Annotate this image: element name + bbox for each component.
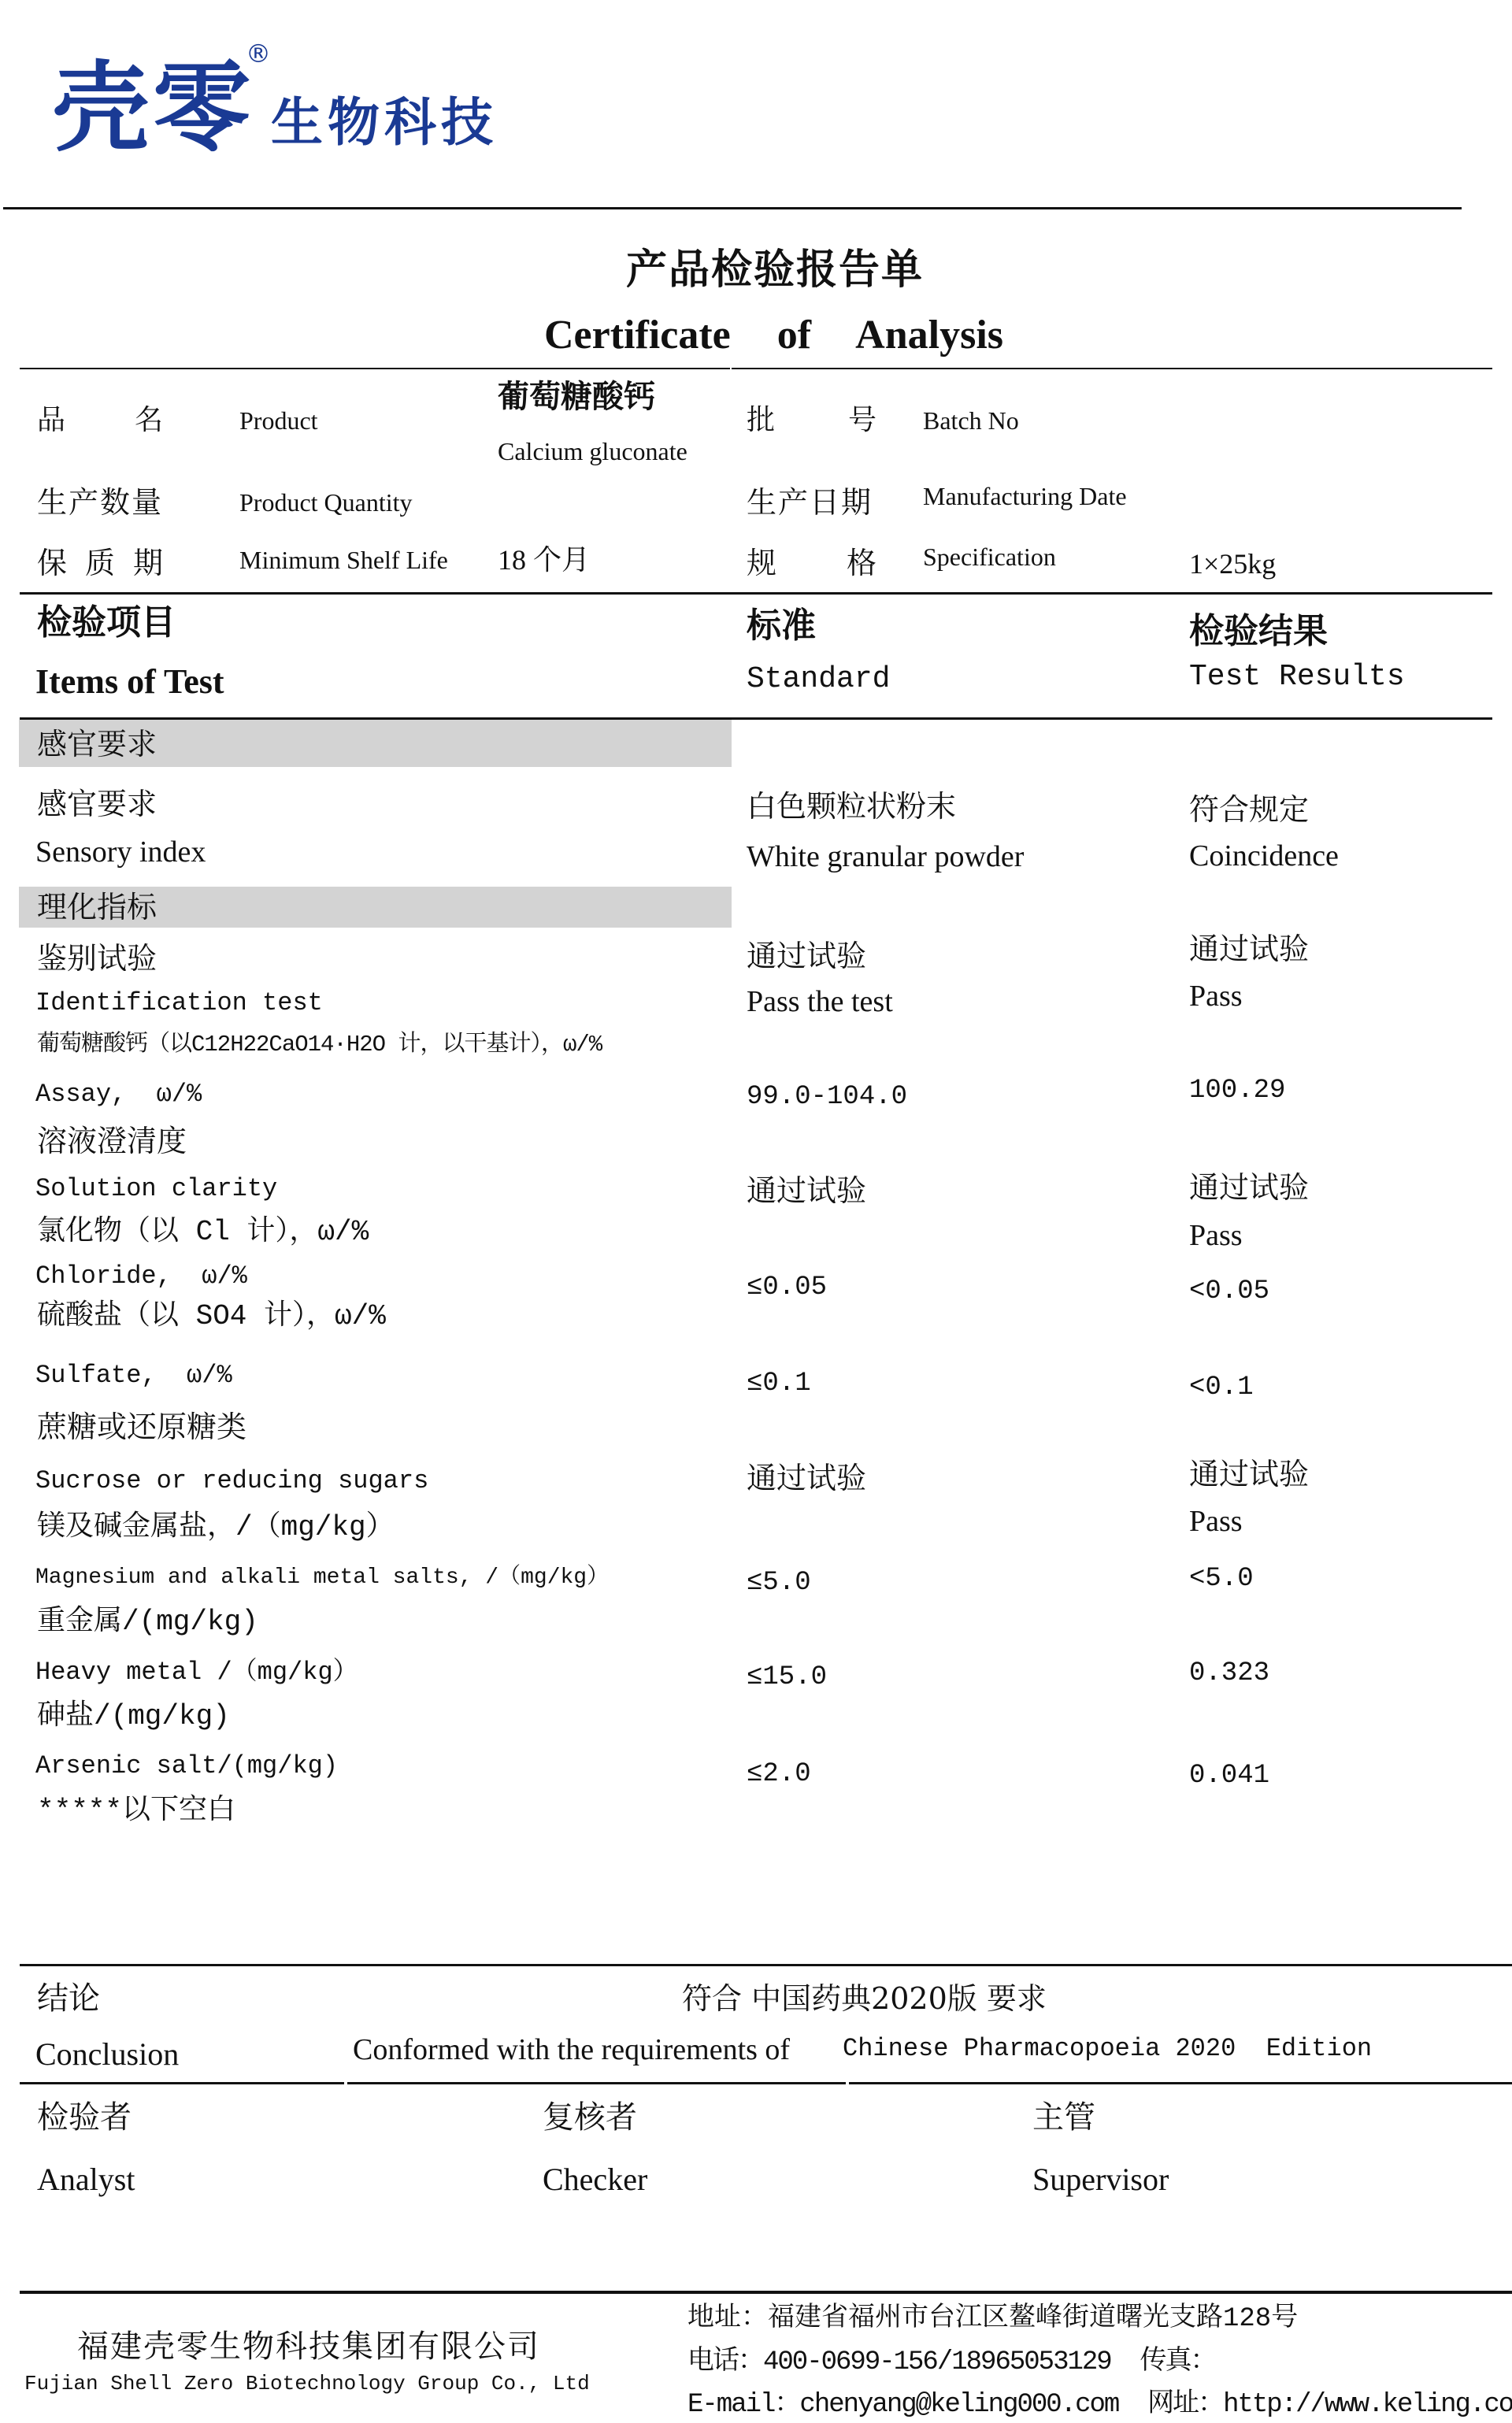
product-info-top-rule — [20, 368, 730, 369]
conclusion-bottom-rule-2 — [347, 2082, 846, 2084]
footer-address: 地址：福建省福州市台江区鳌峰街道曙光支路128号 — [687, 2306, 1298, 2332]
item-zh: 葡萄糖酸钙（以C12H22CaO14·H2O 计，以干基计），ω/% — [37, 1033, 602, 1056]
product-name-value-zh: 葡萄糖酸钙 — [498, 381, 655, 413]
result-value: 100.29 — [1189, 1077, 1285, 1104]
product-name-label-en: Product — [239, 408, 318, 433]
item-en: Sensory index — [35, 837, 206, 867]
conclusion-text-en-suffix: Chinese Pharmacopoeia 2020 Edition — [843, 2036, 1372, 2062]
manufacturing-date-label-en: Manufacturing Date — [923, 483, 1127, 509]
signature-supervisor-zh: 主管 — [1032, 2102, 1095, 2133]
manufacturing-date-label-zh: 生产日期 — [747, 487, 873, 517]
item-en: Chloride, ω/% — [35, 1264, 247, 1289]
section-title-sensory: 感官要求 — [37, 729, 157, 759]
item-zh: 蔗糖或还原糖类 — [37, 1412, 246, 1442]
item-en: Identification test — [35, 991, 323, 1016]
page-title-zh: 产品检验报告单 — [626, 250, 924, 291]
standard-en: White granular powder — [747, 842, 1024, 872]
item-en: Sucrose or reducing sugars — [35, 1469, 428, 1494]
result-en: Pass — [1189, 1221, 1243, 1250]
page-title-en: Certificate of Analysis — [544, 315, 1003, 356]
specification-label-zh: 规 格 — [747, 548, 876, 578]
conclusion-bottom-rule-1 — [20, 2082, 344, 2084]
specification-value: 1×25kg — [1189, 550, 1276, 578]
header-standard-en: Standard — [747, 665, 890, 695]
letterhead-divider — [3, 207, 1462, 209]
shelf-life-label-zh: 保 质 期 — [37, 548, 163, 578]
product-info-bottom-rule — [20, 592, 1492, 595]
standard-zh: 通过试验 — [747, 1176, 866, 1206]
standard-value: ≤0.05 — [747, 1274, 827, 1301]
result-zh: 通过试验 — [1189, 1459, 1309, 1489]
standard-zh: 白色颗粒状粉末 — [747, 791, 956, 821]
header-result-en: Test Results — [1189, 662, 1405, 692]
footer-phone: 电话：400-0699-156/18965053129 传真： — [687, 2349, 1216, 2376]
registered-trademark-icon: ® — [246, 41, 271, 66]
end-of-table-marker: *****以下空白 — [37, 1797, 235, 1825]
product-name-label-zh: 品 名 — [37, 406, 163, 435]
shelf-life-value: 18 个月 — [498, 546, 590, 574]
item-zh: 溶液澄清度 — [37, 1126, 187, 1156]
conclusion-text-en-prefix: Conformed with the requirements of — [353, 2035, 790, 2065]
standard-value: ≤2.0 — [747, 1761, 811, 1788]
item-en: Arsenic salt/(mg/kg) — [35, 1754, 338, 1779]
footer-company-en: Fujian Shell Zero Biotechnology Group Co… — [24, 2373, 590, 2394]
batch-no-label-en: Batch No — [923, 408, 1019, 433]
signature-checker-zh: 复核者 — [543, 2102, 637, 2133]
conclusion-label-zh: 结论 — [37, 1983, 100, 2014]
standard-value: 99.0-104.0 — [747, 1084, 907, 1110]
conclusion-text-zh: 符合 中国药典2020版 要求 — [682, 1984, 1047, 2014]
footer-rule — [20, 2291, 1512, 2294]
standard-zh: 通过试验 — [747, 1463, 866, 1493]
item-en: Sulfate, ω/% — [35, 1363, 232, 1388]
header-item-zh: 检验项目 — [37, 606, 176, 640]
section-title-physicochemical: 理化指标 — [37, 892, 157, 922]
item-zh: 重金属/(mg/kg) — [37, 1608, 258, 1636]
result-zh: 通过试验 — [1189, 1173, 1309, 1202]
item-en: Assay, ω/% — [35, 1082, 202, 1107]
product-name-value-en: Calcium gluconate — [498, 439, 687, 464]
item-zh: 鉴别试验 — [37, 943, 157, 973]
specification-label-en: Specification — [923, 544, 1056, 569]
result-value: 0.323 — [1189, 1660, 1269, 1687]
result-value: <0.05 — [1189, 1278, 1269, 1305]
result-en: Pass — [1189, 981, 1243, 1011]
conclusion-label-en: Conclusion — [35, 2039, 179, 2070]
signature-supervisor-en: Supervisor — [1032, 2164, 1169, 2195]
conclusion-top-rule — [20, 1964, 1512, 1966]
signature-checker-en: Checker — [543, 2164, 647, 2195]
footer-contact: E-mail：chenyang@keling000.com 网址：http://… — [687, 2392, 1512, 2418]
shelf-life-label-en: Minimum Shelf Life — [239, 547, 448, 572]
item-zh: 氯化物（以 Cl 计），ω/% — [37, 1218, 369, 1247]
standard-value: ≤15.0 — [747, 1664, 827, 1691]
item-zh: 砷盐/(mg/kg) — [37, 1702, 230, 1731]
batch-no-label-zh: 批 号 — [747, 406, 876, 435]
header-result-zh: 检验结果 — [1189, 614, 1328, 649]
result-value: <0.1 — [1189, 1374, 1254, 1401]
standard-value: ≤5.0 — [747, 1569, 811, 1596]
result-value: 0.041 — [1189, 1762, 1269, 1789]
item-zh: 镁及碱金属盐，/（mg/kg） — [37, 1513, 395, 1542]
item-zh: 硫酸盐（以 SO4 计），ω/% — [37, 1302, 386, 1331]
signature-analyst-zh: 检验者 — [37, 2102, 132, 2133]
item-en: Magnesium and alkali metal salts, /（mg/k… — [35, 1567, 609, 1589]
standard-en: Pass the test — [747, 987, 893, 1017]
result-zh: 符合规定 — [1189, 795, 1309, 824]
header-item-en: Items of Test — [35, 665, 224, 699]
product-info-top-rule-right — [732, 368, 1492, 369]
footer-company-zh: 福建壳零生物科技集团有限公司 — [77, 2331, 540, 2362]
standard-zh: 通过试验 — [747, 941, 866, 971]
header-standard-zh: 标准 — [747, 609, 816, 643]
certificate-page: 壳零 ® 生物科技 产品检验报告单 Certificate of Analysi… — [0, 0, 1512, 2423]
result-en: Coincidence — [1189, 841, 1339, 871]
item-zh: 感官要求 — [37, 789, 157, 819]
logo-tagline: 生物科技 — [271, 97, 498, 149]
quantity-label-en: Product Quantity — [239, 490, 413, 515]
result-value: <5.0 — [1189, 1565, 1254, 1592]
result-zh: 通过试验 — [1189, 934, 1309, 964]
result-en: Pass — [1189, 1506, 1243, 1536]
standard-value: ≤0.1 — [747, 1370, 811, 1397]
quantity-label-zh: 生产数量 — [37, 487, 163, 517]
logo-brand-mark: 壳零 — [52, 60, 254, 157]
item-en: Solution clarity — [35, 1176, 277, 1202]
item-en: Heavy metal /（mg/kg） — [35, 1660, 358, 1685]
conclusion-bottom-rule-3 — [849, 2082, 1512, 2084]
signature-analyst-en: Analyst — [37, 2164, 135, 2195]
